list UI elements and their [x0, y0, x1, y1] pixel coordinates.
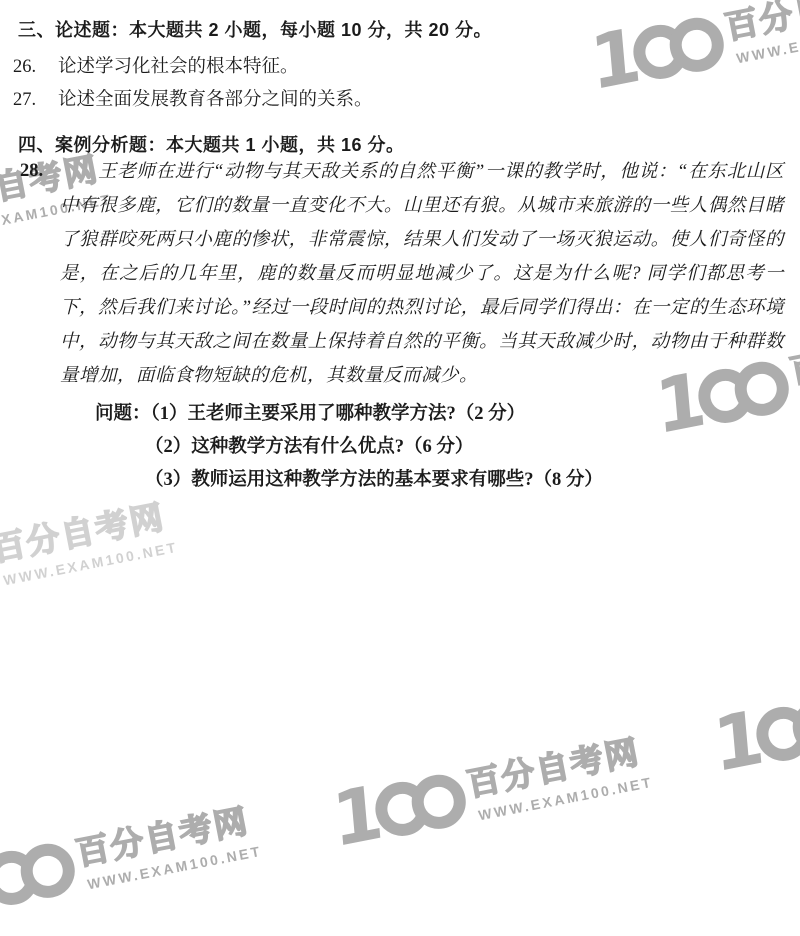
sub-question-3-text: （3）教师运用这种教学方法的基本要求有哪些?（8 分）: [145, 470, 603, 490]
exam100-logo-icon: 1: [708, 692, 800, 775]
watermark-site-url: WWW.EXAM100.NET: [795, 361, 800, 412]
logo-ring-icon: [788, 695, 800, 758]
exam100-logo-icon: 1: [0, 836, 79, 919]
watermark-bottom-left: 1 百分自考网 WWW.EXAM100.NET: [0, 801, 263, 920]
sub-question-2-text: （2）这种教学方法有什么优点?（6 分）: [145, 437, 473, 457]
question-26-text: 论述学习化社会的根本特征。: [58, 57, 299, 77]
question-27: 27.论述全面发展教育各部分之间的关系。: [13, 85, 373, 111]
watermark-site-name: 百分自考网: [786, 312, 800, 393]
watermark-site-name: 百分自考网: [463, 725, 651, 806]
logo-ring-icon: [628, 20, 691, 83]
exam100-logo-icon: 1: [585, 10, 728, 93]
question-27-number: 27.: [13, 90, 58, 111]
logo-digit: 1: [711, 708, 767, 776]
watermark-top-right: 1 百分自考网 WWW.EXAM100.NET: [585, 0, 800, 94]
watermark-site-url: WWW.EXAM100.NET: [0, 539, 179, 590]
watermark-site-url: WWW.EXAM100.NET: [81, 843, 263, 894]
watermark-site-name: 百分自考网: [721, 0, 800, 49]
logo-ring-icon: [16, 839, 79, 902]
question-28-case-text: 王老师在进行“动物与其天敌关系的自然平衡”一课的教学时，他说：“在东北山区中有很…: [60, 155, 784, 393]
watermark-bottom-center: 1 百分自考网 WWW.EXAM100.NET: [327, 732, 654, 851]
prompt-label: 问题：: [95, 404, 151, 424]
watermark-site-url: WWW.EXAM100.NET: [730, 17, 800, 68]
logo-digit: 1: [330, 783, 386, 851]
logo-ring-icon: [407, 770, 470, 833]
question-26-number: 26.: [13, 57, 58, 78]
logo-ring-icon: [751, 702, 800, 765]
exam-page: 1 百分自考网 WWW.EXAM100.NET 1 百分自考网 WWW.EXAM…: [0, 0, 800, 936]
question-27-text: 论述全面发展教育各部分之间的关系。: [58, 90, 373, 110]
watermark-site-name: 百分自考网: [72, 794, 260, 875]
question-26: 26.论述学习化社会的根本特征。: [13, 52, 299, 78]
logo-digit: 1: [588, 26, 644, 94]
sub-question-3: （3）教师运用这种教学方法的基本要求有哪些?（8 分）: [95, 464, 603, 497]
section4-heading: 四、案例分析题：本大题共 1 小题，共 16 分。: [18, 131, 405, 157]
watermark-bottom-right: 1 百分自考网 WWW.EXAM100.NET: [708, 657, 800, 776]
question-28-number: 28.: [20, 161, 43, 182]
logo-ring-icon: [665, 13, 728, 76]
watermark-left-mid: 1 百分自考网 WWW.EXAM100.NET: [0, 497, 179, 616]
watermark-site-url: WWW.EXAM100.NET: [472, 774, 654, 825]
sub-question-1-text: （1）王老师主要采用了哪种教学方法?（2 分）: [151, 404, 526, 424]
sub-question-2: （2）这种教学方法有什么优点?（6 分）: [95, 431, 603, 464]
sub-question-1: 问题：（1）王老师主要采用了哪种教学方法?（2 分）: [95, 398, 603, 431]
section3-heading: 三、论述题：本大题共 2 小题，每小题 10 分，共 20 分。: [18, 16, 492, 42]
logo-ring-icon: [370, 777, 433, 840]
watermark-site-name: 百分自考网: [0, 490, 176, 571]
logo-ring-icon: [0, 846, 43, 909]
question-28-prompts: 问题：（1）王老师主要采用了哪种教学方法?（2 分） （2）这种教学方法有什么优…: [95, 398, 603, 497]
exam100-logo-icon: 1: [327, 767, 470, 850]
